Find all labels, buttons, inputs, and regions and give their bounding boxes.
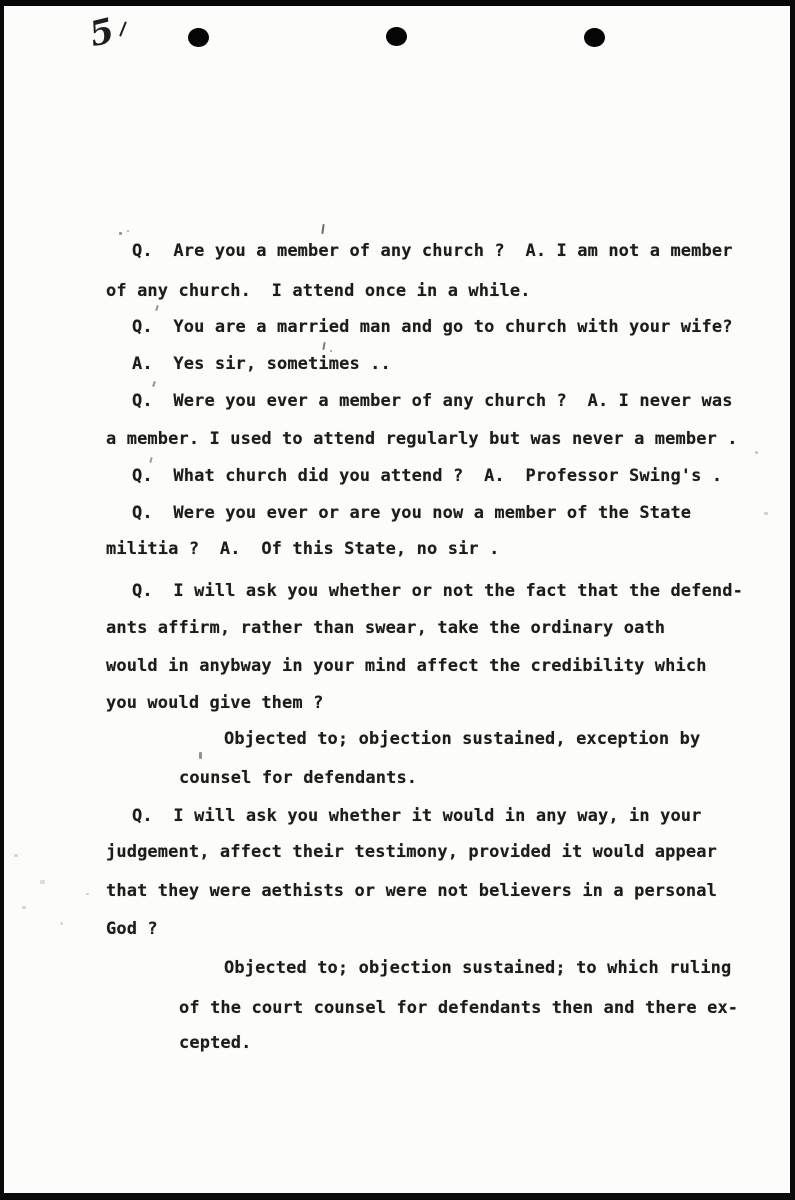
stray-type-mark (199, 752, 202, 759)
text-line: Q. Are you a member of any church ? A. I… (132, 241, 733, 261)
stray-type-mark (321, 224, 324, 234)
handwritten-tick-mark (119, 21, 127, 37)
text-line: Q. I will ask you whether it would in an… (132, 806, 702, 826)
stray-type-mark (152, 381, 156, 387)
scan-border-right (790, 0, 795, 1200)
scan-border-bottom (0, 1193, 795, 1200)
scan-speckle (14, 854, 18, 857)
scan-speckle (755, 451, 758, 454)
text-line: that they were aethists or were not beli… (106, 881, 717, 901)
scan-speckle (119, 232, 122, 235)
text-line: Objected to; objection sustained; to whi… (224, 958, 731, 978)
hole-punch-dot (386, 27, 407, 46)
scan-border-left (0, 0, 4, 1200)
hole-punch-dot (584, 28, 605, 47)
text-line: Q. You are a married man and go to churc… (132, 317, 733, 337)
text-line: Q. Were you ever or are you now a member… (132, 503, 691, 523)
scan-speckle (764, 512, 768, 515)
text-line: cepted. (179, 1033, 251, 1053)
text-line: Q. I will ask you whether or not the fac… (132, 581, 743, 601)
text-line: judgement, affect their testimony, provi… (106, 842, 717, 862)
text-line: of the court counsel for defendants then… (179, 998, 738, 1018)
text-line: a member. I used to attend regularly but… (106, 429, 738, 449)
text-line: militia ? A. Of this State, no sir . (106, 539, 500, 559)
scan-border-top (0, 0, 795, 6)
scan-speckle (22, 906, 26, 909)
text-line: counsel for defendants. (179, 768, 417, 788)
text-line: you would give them ? (106, 693, 323, 713)
scan-speckle (40, 880, 45, 884)
scan-speckle (127, 230, 129, 232)
text-line: of any church. I attend once in a while. (106, 281, 531, 301)
scan-speckle (330, 350, 332, 352)
stray-type-mark (155, 305, 159, 311)
stray-type-mark (322, 342, 325, 350)
text-line: ants affirm, rather than swear, take the… (106, 618, 665, 638)
scanned-document-page: 5 Q. Are you a member of any church ? A.… (0, 0, 795, 1200)
text-line: Objected to; objection sustained, except… (224, 729, 700, 749)
scan-speckle (86, 893, 89, 895)
text-line: God ? (106, 919, 158, 939)
hole-punch-dot (188, 28, 209, 47)
text-line: Q. Were you ever a member of any church … (132, 391, 733, 411)
handwritten-page-number: 5 (86, 14, 117, 53)
stray-type-mark (149, 457, 152, 463)
text-line: A. Yes sir, sometimes .. (132, 354, 391, 374)
text-line: would in anybway in your mind affect the… (106, 656, 707, 676)
text-line: Q. What church did you attend ? A. Profe… (132, 466, 722, 486)
scan-speckle (60, 922, 63, 925)
